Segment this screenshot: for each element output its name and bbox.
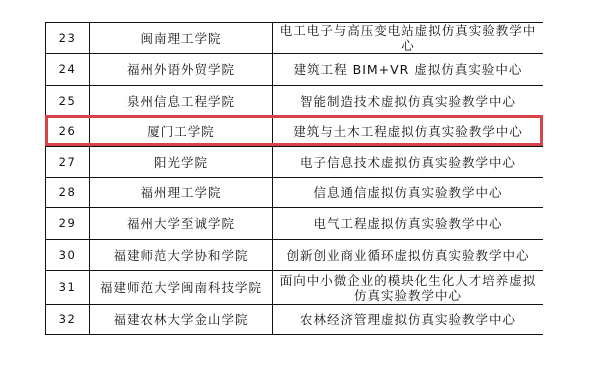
table-row: 28 福州理工学院 信息通信虚拟仿真实验教学中心 — [45, 178, 543, 208]
table-row: 27 阳光学院 电子信息技术虚拟仿真实验教学中心 — [45, 147, 543, 178]
table-row: 25 泉州信息工程学院 智能制造技术虚拟仿真实验教学中心 — [45, 86, 543, 117]
school-name: 闽南理工学院 — [89, 23, 272, 53]
school-name: 福建师范大学闽南科技学院 — [89, 271, 272, 304]
center-name: 电子信息技术虚拟仿真实验教学中心 — [272, 147, 543, 177]
row-number: 32 — [45, 305, 89, 334]
center-name: 电工电子与高压变电站虚拟仿真实验教学中心 — [272, 23, 543, 53]
center-name: 建筑与土木工程虚拟仿真实验教学中心 — [272, 117, 543, 146]
center-name: 建筑工程 BIM+VR 虚拟仿真实验中心 — [272, 54, 543, 85]
school-name: 福州大学至诚学院 — [89, 208, 272, 239]
school-name: 福州外语外贸学院 — [89, 54, 272, 85]
school-name: 福建农林大学金山学院 — [89, 305, 272, 334]
center-name: 信息通信虚拟仿真实验教学中心 — [272, 178, 543, 207]
school-name: 福州理工学院 — [89, 178, 272, 207]
school-name: 福建师范大学协和学院 — [89, 240, 272, 270]
row-number: 27 — [45, 147, 89, 177]
center-name: 电气工程虚拟仿真实验教学中心 — [272, 208, 543, 239]
school-name: 厦门工学院 — [89, 117, 272, 146]
table-row-highlighted: 26 厦门工学院 建筑与土木工程虚拟仿真实验教学中心 — [45, 117, 543, 147]
table-row: 32 福建农林大学金山学院 农林经济管理虚拟仿真实验教学中心 — [45, 305, 543, 335]
row-number: 26 — [45, 117, 89, 146]
table-row: 29 福州大学至诚学院 电气工程虚拟仿真实验教学中心 — [45, 208, 543, 240]
center-name: 面向中小微企业的模块化生化人才培养虚拟仿真实验教学中心 — [272, 271, 543, 304]
row-number: 29 — [45, 208, 89, 239]
table-row: 24 福州外语外贸学院 建筑工程 BIM+VR 虚拟仿真实验中心 — [45, 54, 543, 86]
school-name: 阳光学院 — [89, 147, 272, 177]
row-number: 25 — [45, 86, 89, 116]
center-name: 创新创业商业循环虚拟仿真实验教学中心 — [272, 240, 543, 270]
table-row: 23 闽南理工学院 电工电子与高压变电站虚拟仿真实验教学中心 — [45, 23, 543, 54]
school-name: 泉州信息工程学院 — [89, 86, 272, 116]
center-name: 智能制造技术虚拟仿真实验教学中心 — [272, 86, 543, 116]
row-number: 23 — [45, 23, 89, 53]
center-name: 农林经济管理虚拟仿真实验教学中心 — [272, 305, 543, 334]
row-number: 28 — [45, 178, 89, 207]
row-number: 30 — [45, 240, 89, 270]
table-row: 30 福建师范大学协和学院 创新创业商业循环虚拟仿真实验教学中心 — [45, 240, 543, 271]
row-number: 31 — [45, 271, 89, 304]
table-row: 31 福建师范大学闽南科技学院 面向中小微企业的模块化生化人才培养虚拟仿真实验教… — [45, 271, 543, 305]
virtual-simulation-centers-table: 23 闽南理工学院 电工电子与高压变电站虚拟仿真实验教学中心 24 福州外语外贸… — [45, 22, 543, 335]
row-number: 24 — [45, 54, 89, 85]
